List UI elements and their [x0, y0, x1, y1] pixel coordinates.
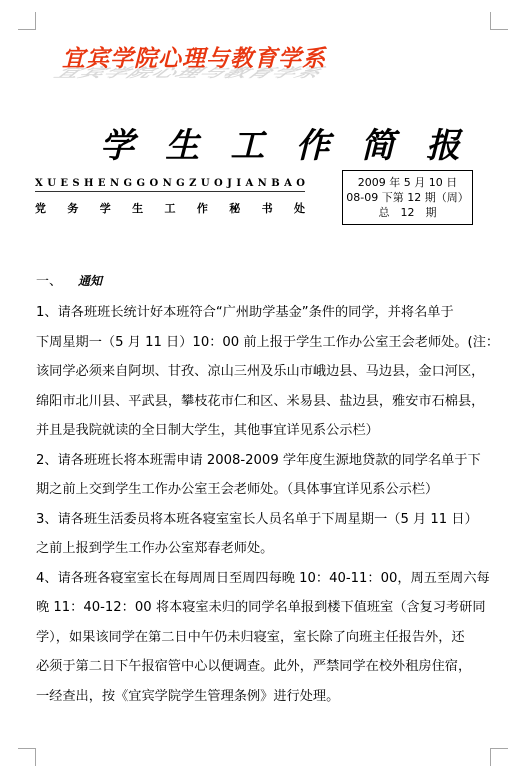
page-corner-mark-bottom-left [18, 748, 36, 766]
section-heading: 一、 通知 [36, 270, 501, 292]
pinyin-char: E [60, 178, 68, 189]
pinyin-char: U [201, 178, 210, 189]
text-line: 之前上报到学生工作办公室郑春老师处。 [36, 534, 501, 564]
page-corner-mark-top-left [18, 12, 36, 30]
title-char: 生 [165, 118, 199, 167]
text-line: 并且是我院就读的全日制大学生，其他事宜详见系公示栏） [36, 416, 501, 446]
pinyin-char: N [110, 178, 119, 189]
title-char: 报 [426, 118, 460, 167]
section-number: 一、 [36, 269, 78, 294]
office-char: 书 [262, 200, 273, 216]
office-char: 作 [197, 200, 208, 216]
pinyin-char: S [72, 178, 79, 189]
text-line: 4、请各班各寝室室长在每周周日至周四每晚 10：40-11：00，周五至周六每 [36, 564, 501, 594]
office-char: 处 [294, 200, 305, 216]
pinyin-char: I [236, 178, 241, 189]
office-char: 务 [67, 200, 78, 216]
department-banner: 宜宾学院心理与教育学系 宜宾学院心理与教育学系 [50, 34, 300, 78]
pinyin-char: A [245, 178, 253, 189]
pinyin-char: G [124, 178, 133, 189]
pinyin-char: N [163, 178, 172, 189]
issue-date: 2009 年 5 月 10 日 [343, 175, 472, 190]
issue-total: 总 12 期 [343, 205, 472, 220]
section-title: 通知 [78, 269, 102, 294]
department-banner-text: 宜宾学院心理与教育学系 [62, 40, 326, 73]
text-line: 2、请各班班长将本班需申请 2008-2009 学年度生源地贷款的同学名单于下 [36, 446, 501, 476]
pinyin-char: O [214, 178, 223, 189]
office-char: 生 [132, 200, 143, 216]
pinyin-char: G [137, 178, 146, 189]
newsletter-title: 学 生 工 作 简 报 [100, 118, 460, 167]
title-char: 简 [361, 118, 395, 167]
issuing-office: 党 务 学 生 工 作 秘 书 处 [35, 200, 305, 216]
pinyin-char: O [149, 178, 158, 189]
text-line: 一经查出，按《宜宾学院学生管理条例》进行处理。 [36, 682, 501, 712]
notice-item-2: 2、请各班班长将本班需申请 2008-2009 学年度生源地贷款的同学名单于下 … [36, 446, 501, 505]
newsletter-body: 一、 通知 1、请各班班长统计好本班符合“广州助学基金”条件的同学，并将名单于 … [36, 270, 501, 711]
title-char: 作 [296, 118, 330, 167]
issue-info-box: 2009 年 5 月 10 日 08-09 下第 12 期（周） 总 12 期 [342, 170, 473, 225]
office-char: 工 [165, 200, 176, 216]
pinyin-char: Z [189, 178, 196, 189]
pinyin-char: O [296, 178, 305, 189]
text-line: 该同学必须来自阿坝、甘孜、凉山三州及乐山市峨边县、马边县，金口河区， [36, 357, 501, 387]
text-line: 绵阳市北川县、平武县，攀枝花市仁和区、米易县、盐边县，雅安市石棉县， [36, 387, 501, 417]
pinyin-char: H [84, 178, 93, 189]
pinyin-char: X [35, 178, 43, 189]
issue-period: 08-09 下第 12 期（周） [343, 190, 472, 205]
pinyin-char: E [98, 178, 106, 189]
page-corner-mark-bottom-right [490, 748, 508, 766]
text-line: 期之前上交到学生工作办公室王会老师处。（具体事宜详见系公示栏） [36, 475, 501, 505]
title-char: 学 [100, 118, 134, 167]
pinyin-char: U [47, 178, 56, 189]
text-line: 下周星期一（5 月 11 日）10：00 前上报于学生工作办公室王会老师处。(注… [36, 328, 501, 358]
office-char: 秘 [229, 200, 240, 216]
text-line: 晚 11：40-12：00 将本寝室未归的同学名单报到楼下值班室（含复习考研同 [36, 593, 501, 623]
notice-item-3: 3、请各班生活委员将本班各寝室室长人员名单于下周星期一（5 月 11 日） 之前… [36, 505, 501, 564]
text-line: 学），如果该同学在第二日中午仍未归寝室，室长除了向班主任报告外，还 [36, 623, 501, 653]
office-char: 党 [35, 200, 46, 216]
page-corner-mark-top-right [490, 12, 508, 30]
text-line: 1、请各班班长统计好本班符合“广州助学基金”条件的同学，并将名单于 [36, 298, 501, 328]
pinyin-char: J [227, 178, 232, 189]
office-char: 学 [100, 200, 111, 216]
pinyin-char: A [284, 178, 292, 189]
title-char: 工 [230, 118, 264, 167]
title-pinyin: X U E S H E N G G O N G Z U O J I A N B … [35, 178, 305, 192]
notice-item-1: 1、请各班班长统计好本班符合“广州助学基金”条件的同学，并将名单于 下周星期一（… [36, 298, 501, 446]
text-line: 必须于第二日下午报宿管中心以便调查。此外，严禁同学在校外租房住宿， [36, 652, 501, 682]
pinyin-char: G [176, 178, 185, 189]
pinyin-char: N [258, 178, 267, 189]
text-line: 3、请各班生活委员将本班各寝室室长人员名单于下周星期一（5 月 11 日） [36, 505, 501, 535]
pinyin-char: B [271, 178, 279, 189]
notice-item-4: 4、请各班各寝室室长在每周周日至周四每晚 10：40-11：00，周五至周六每 … [36, 564, 501, 712]
